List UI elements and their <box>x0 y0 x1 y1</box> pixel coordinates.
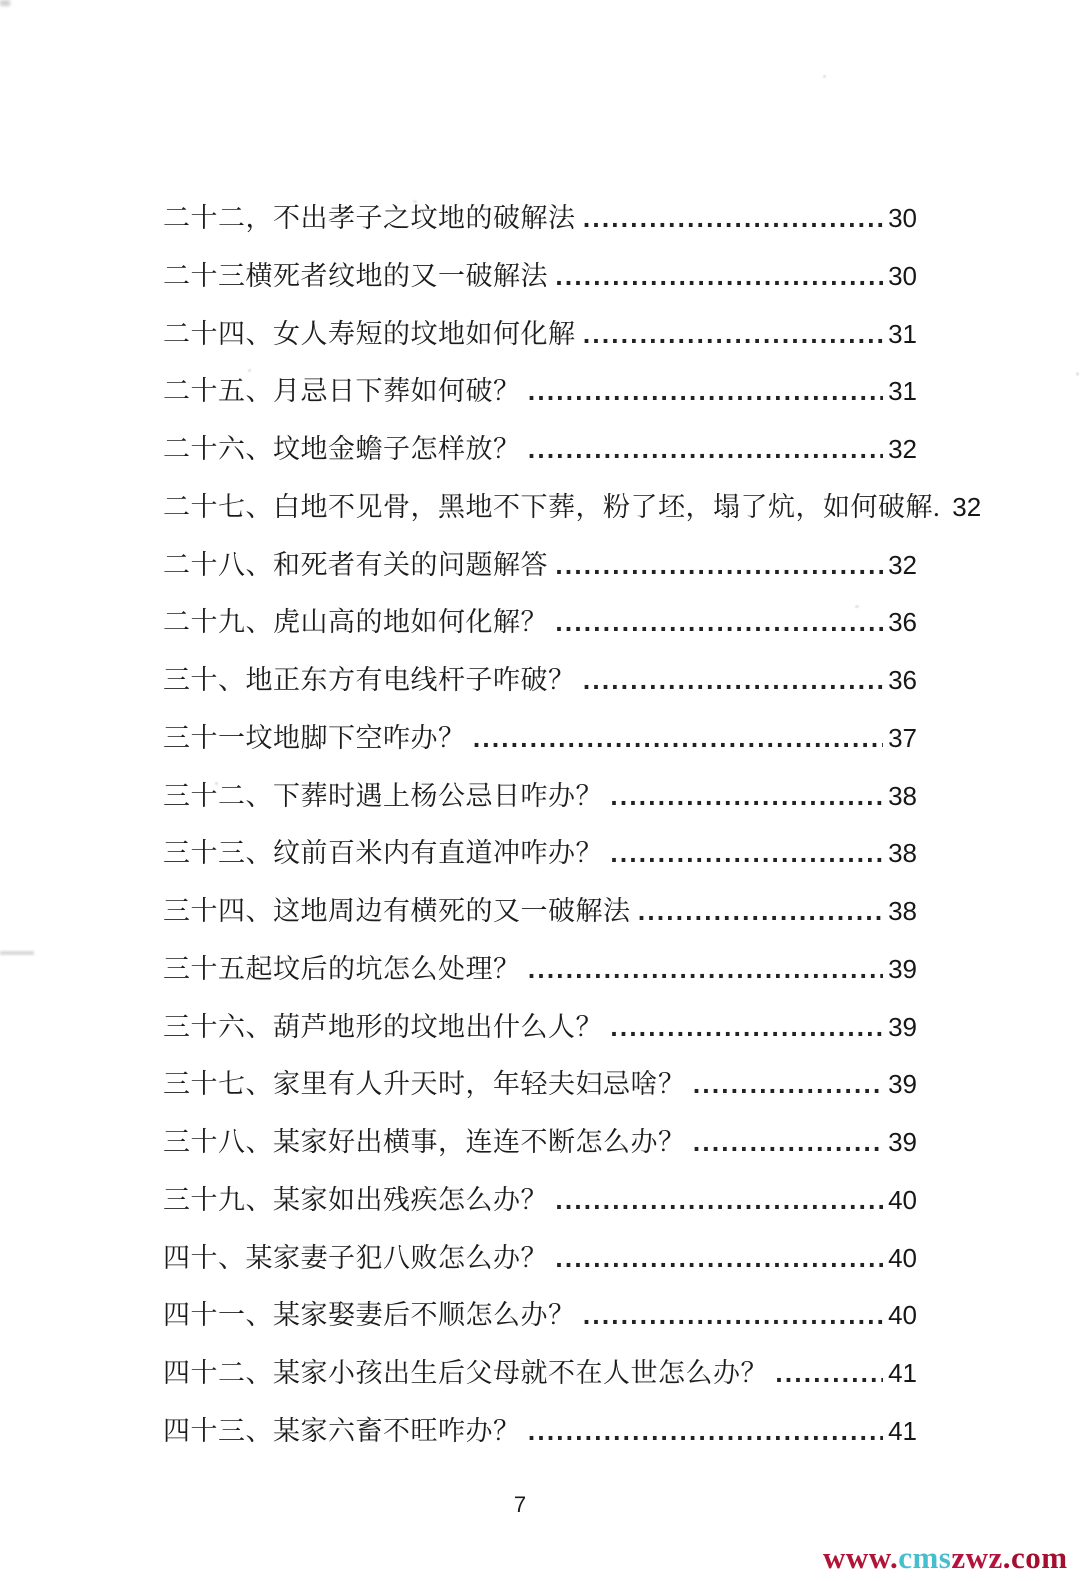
toc-item-title: 二十九、虎山高的地如何化解？ <box>163 594 548 652</box>
toc-dot-leader <box>555 537 883 597</box>
toc-item: 三十七、家里有人升天时，年轻夫妇忌啥？ 39 <box>163 1056 917 1114</box>
toc-item: 四十一、某家娶妻后不顺怎么办？ 40 <box>163 1287 917 1345</box>
toc-item: 二十九、虎山高的地如何化解？ 36 <box>163 594 917 652</box>
toc-item: 三十二、下葬时遇上杨公忌日咋办？ 38 <box>163 768 917 826</box>
watermark-segment: .com <box>1003 1540 1068 1575</box>
toc-item: 二十五、月忌日下葬如何破？ 31 <box>163 363 917 421</box>
toc-item-page: 32 <box>952 479 981 537</box>
toc-item-title: 四十三、某家六畜不旺咋办？ <box>163 1403 521 1461</box>
toc-item-page: 32 <box>888 537 917 595</box>
toc-item: 三十八、某家好出横事，连连不断怎么办？ 39 <box>163 1114 917 1172</box>
toc-dot-leader <box>610 768 883 828</box>
toc-item-page: 36 <box>888 652 917 710</box>
toc-dot-leader <box>555 594 883 654</box>
watermark-segment: zwz <box>951 1540 1002 1575</box>
watermark-segment: www. <box>823 1540 898 1575</box>
document-page: 二十二，不出孝子之坟地的破解法 30 二十三横死者纹地的又一破解法 30 二十四… <box>0 0 1080 1581</box>
toc-item-title: 二十三横死者纹地的又一破解法 <box>163 248 548 306</box>
toc-item: 二十二，不出孝子之坟地的破解法 30 <box>163 190 917 248</box>
watermark-segment: cms <box>898 1540 951 1575</box>
toc-dot-leader <box>583 1287 884 1347</box>
toc-item-page: 40 <box>888 1230 917 1288</box>
toc-item-page: 31 <box>888 306 917 364</box>
toc-item: 二十八、和死者有关的问题解答 32 <box>163 537 917 595</box>
toc-item-page: 38 <box>888 883 917 941</box>
toc-item-title: 二十五、月忌日下葬如何破？ <box>163 363 521 421</box>
toc-dot-leader <box>638 883 884 943</box>
toc-item: 三十三、纹前百米内有直道冲咋办？ 38 <box>163 825 917 883</box>
toc-item-page: 41 <box>888 1345 917 1403</box>
toc-item-title: 三十五起坟后的坑怎么处理？ <box>163 941 521 999</box>
toc-item: 二十四、女人寿短的坟地如何化解 31 <box>163 306 917 364</box>
toc-item-title: 四十、某家妻子犯八败怎么办？ <box>163 1230 548 1288</box>
toc-dot-leader <box>473 710 884 770</box>
toc-item-page: 30 <box>888 190 917 248</box>
toc-item: 三十九、某家如出残疾怎么办？ 40 <box>163 1172 917 1230</box>
toc-item-page: 32 <box>888 421 917 479</box>
toc-item-page: 40 <box>888 1287 917 1345</box>
toc-item-page: 38 <box>888 825 917 883</box>
toc-item-title: 三十四、这地周边有横死的又一破解法 <box>163 883 631 941</box>
toc-item: 四十二、某家小孩出生后父母就不在人世怎么办？ 41 <box>163 1345 917 1403</box>
page-number: 7 <box>500 1492 540 1518</box>
toc-item-title: 二十二，不出孝子之坟地的破解法 <box>163 190 576 248</box>
toc-item-page: 39 <box>888 1056 917 1114</box>
toc-item-title: 三十九、某家如出残疾怎么办？ <box>163 1172 548 1230</box>
toc-item: 三十四、这地周边有横死的又一破解法 38 <box>163 883 917 941</box>
toc-item-page: 39 <box>888 1114 917 1172</box>
toc-item-title: 三十八、某家好出横事，连连不断怎么办？ <box>163 1114 686 1172</box>
watermark: www.cmszwz.com <box>823 1541 1068 1575</box>
scan-edge-artifact <box>0 951 34 955</box>
toc-item-title: 三十一坟地脚下空咋办？ <box>163 710 466 768</box>
toc-item-title: 四十一、某家娶妻后不顺怎么办？ <box>163 1287 576 1345</box>
toc-dot-leader <box>610 825 883 885</box>
toc-dot-leader <box>528 1403 884 1463</box>
toc-item: 三十一坟地脚下空咋办？ 37 <box>163 710 917 768</box>
toc-dot-leader <box>583 306 884 366</box>
toc-item: 三十五起坟后的坑怎么处理？ 39 <box>163 941 917 999</box>
toc-item: 三十、地正东方有电线杆子咋破？ 36 <box>163 652 917 710</box>
toc-dot-leader <box>583 652 884 712</box>
toc-item-title: 二十六、坟地金蟾子怎样放？ <box>163 421 521 479</box>
toc-item: 四十三、某家六畜不旺咋办？ 41 <box>163 1403 917 1461</box>
toc-item-title: 三十三、纹前百米内有直道冲咋办？ <box>163 825 603 883</box>
toc-item-title: 三十六、葫芦地形的坟地出什么人？ <box>163 999 603 1057</box>
toc-dot-leader <box>610 999 883 1059</box>
toc-item-title: 三十二、下葬时遇上杨公忌日咋办？ <box>163 768 603 826</box>
toc-item: 四十、某家妻子犯八败怎么办？ 40 <box>163 1230 917 1288</box>
toc-item: 二十六、坟地金蟾子怎样放？ 32 <box>163 421 917 479</box>
toc-item-page: 37 <box>888 710 917 768</box>
toc-item-title: 二十八、和死者有关的问题解答 <box>163 537 548 595</box>
toc-dot-leader <box>528 421 884 481</box>
toc-dot-leader <box>693 1056 884 1116</box>
toc-item-page: 38 <box>888 768 917 826</box>
toc-dot-leader <box>693 1114 884 1174</box>
toc-list: 二十二，不出孝子之坟地的破解法 30 二十三横死者纹地的又一破解法 30 二十四… <box>163 190 917 1461</box>
toc-dot-leader <box>775 1345 883 1405</box>
toc-item-title: 二十四、女人寿短的坟地如何化解 <box>163 306 576 364</box>
toc-dot-leader <box>528 363 884 423</box>
toc-dot-leader <box>528 941 884 1001</box>
toc-item: 三十六、葫芦地形的坟地出什么人？ 39 <box>163 999 917 1057</box>
toc-item-page: 40 <box>888 1172 917 1230</box>
toc-dot-leader <box>555 248 883 308</box>
scan-speck <box>1076 372 1079 376</box>
toc-item-page: 36 <box>888 594 917 652</box>
scan-corner-artifact <box>0 0 10 6</box>
toc-item-page: 39 <box>888 999 917 1057</box>
toc-item: 二十七、白地不见骨，黑地不下葬，粉了坯，塌了炕，如何破解. 32 <box>163 479 917 537</box>
toc-dot-leader <box>555 1172 883 1232</box>
toc-item: 二十三横死者纹地的又一破解法 30 <box>163 248 917 306</box>
toc-item-page: 30 <box>888 248 917 306</box>
toc-item-title: 二十七、白地不见骨，黑地不下葬，粉了坯，塌了炕，如何破解. <box>163 479 940 537</box>
toc-dot-leader <box>555 1230 883 1290</box>
toc-item-page: 41 <box>888 1403 917 1461</box>
toc-item-title: 四十二、某家小孩出生后父母就不在人世怎么办？ <box>163 1345 768 1403</box>
scan-speck <box>823 75 826 78</box>
toc-item-page: 39 <box>888 941 917 999</box>
toc-item-page: 31 <box>888 363 917 421</box>
toc-item-title: 三十、地正东方有电线杆子咋破？ <box>163 652 576 710</box>
toc-item-title: 三十七、家里有人升天时，年轻夫妇忌啥？ <box>163 1056 686 1114</box>
toc-dot-leader <box>583 190 884 250</box>
